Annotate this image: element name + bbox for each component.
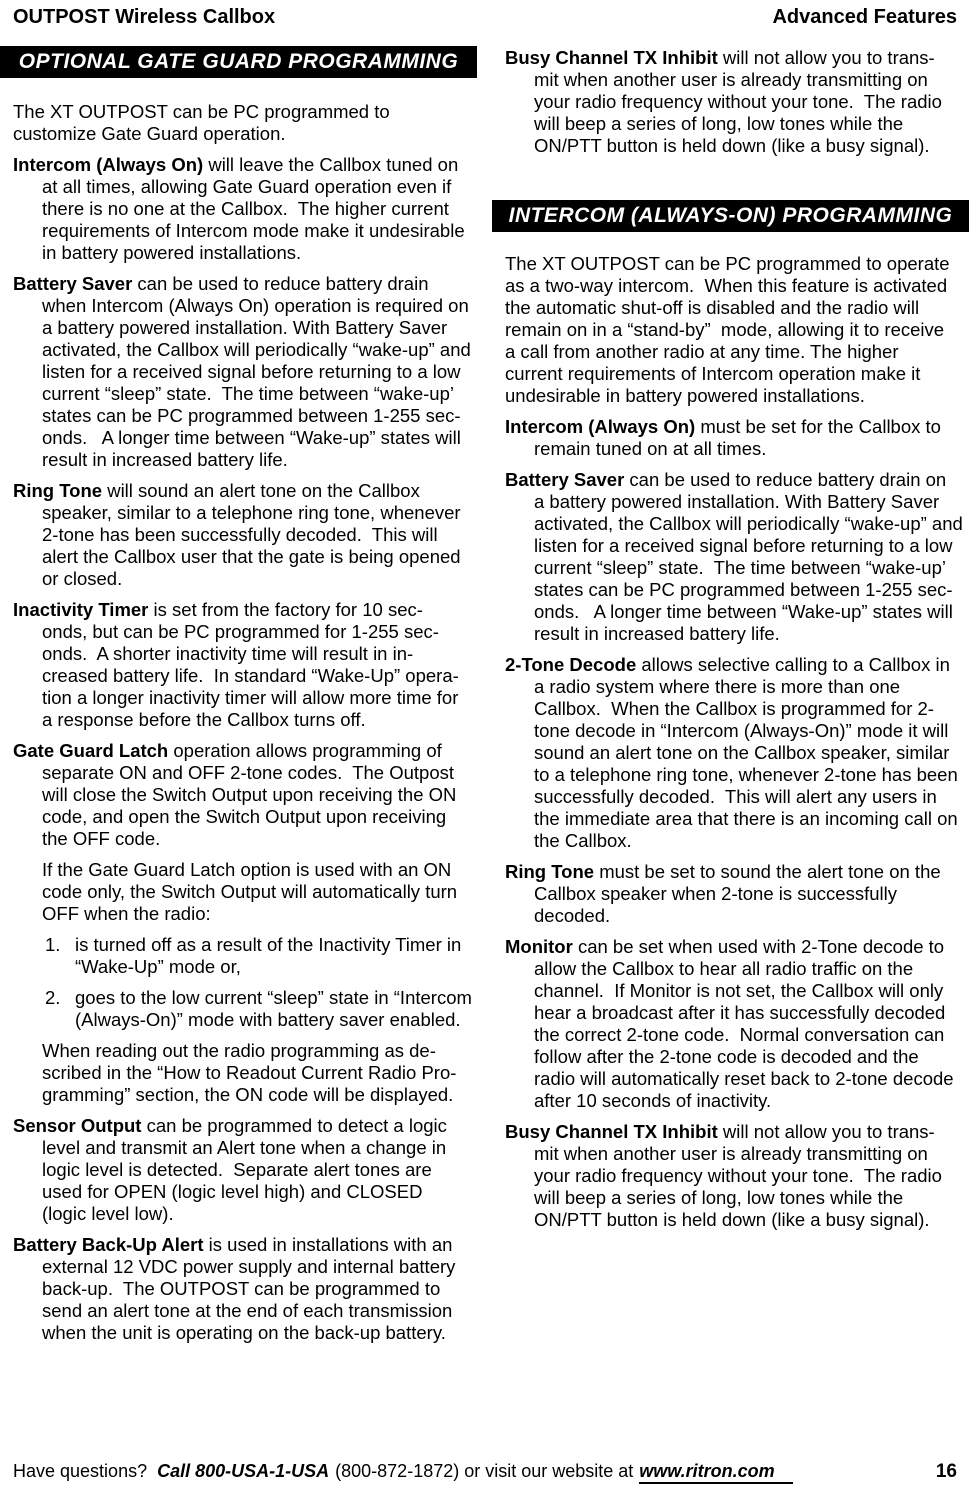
- list-item: 2.goes to the low current “sleep” state …: [13, 987, 477, 1031]
- feature-paragraph-sensor-output: Sensor Output can be programmed to detec…: [13, 1115, 477, 1225]
- footer-phone-vanity: Call 800-USA-1-USA: [157, 1461, 329, 1482]
- footer-phone-number: (800-872-1872) or visit our website at: [335, 1461, 633, 1482]
- feature-paragraph-gate-guard-latch: Gate Guard Latch operation allows progra…: [13, 740, 477, 850]
- footer-website-link: www.ritron.com: [639, 1461, 792, 1484]
- paragraph-text: When reading out the radio programming a…: [42, 1040, 456, 1105]
- feature-term: Ring Tone: [13, 480, 102, 501]
- feature-paragraph-monitor: Monitor can be set when used with 2-Tone…: [505, 936, 967, 1112]
- feature-paragraph-battery-saver: Battery Saver can be used to reduce batt…: [13, 273, 477, 471]
- feature-term: Intercom (Always On): [505, 416, 695, 437]
- footer-question: Have questions?: [13, 1461, 147, 1482]
- page-number: 16: [936, 1461, 957, 1483]
- feature-term: Monitor: [505, 936, 573, 957]
- feature-text: can be used to reduce battery drain on a…: [534, 469, 963, 644]
- section-name: Advanced Features: [772, 6, 957, 28]
- feature-term: Battery Back-Up Alert: [13, 1234, 204, 1255]
- list-text: goes to the low current “sleep” state in…: [75, 987, 472, 1030]
- feature-paragraph-2tone-decode: 2-Tone Decode allows selective calling t…: [505, 654, 967, 852]
- feature-term: Busy Channel TX Inhibit: [505, 47, 718, 68]
- feature-paragraph-battery-backup-alert: Battery Back-Up Alert is used in install…: [13, 1234, 477, 1344]
- feature-paragraph-inactivity-timer: Inactivity Timer is set from the factory…: [13, 599, 477, 731]
- feature-text: can be set when used with 2-Tone decode …: [534, 936, 954, 1111]
- feature-paragraph-intercom: Intercom (Always On) will leave the Call…: [13, 154, 477, 264]
- left-column: The XT OUTPOST can be PC programmed to c…: [13, 101, 477, 1353]
- feature-term: Battery Saver: [505, 469, 624, 490]
- feature-paragraph-ring-tone: Ring Tone must be set to sound the alert…: [505, 861, 967, 927]
- feature-paragraph-battery-saver: Battery Saver can be used to reduce batt…: [505, 469, 967, 645]
- feature-paragraph-busy-channel: Busy Channel TX Inhibit will not allow y…: [505, 47, 967, 157]
- section-heading-intercom: INTERCOM (ALWAYS-ON) PROGRAMMING: [492, 200, 969, 232]
- section-heading-gate-guard: OPTIONAL GATE GUARD PROGRAMMING: [0, 46, 477, 78]
- list-item: 1.is turned off as a result of the Inact…: [13, 934, 477, 978]
- feature-text: allows selective calling to a Callbox in…: [534, 654, 958, 851]
- intro-paragraph: The XT OUTPOST can be PC programmed to c…: [13, 101, 477, 145]
- right-column-top: Busy Channel TX Inhibit will not allow y…: [505, 47, 967, 166]
- feature-term: 2-Tone Decode: [505, 654, 636, 675]
- feature-term: Intercom (Always On): [13, 154, 203, 175]
- list-number: 2.: [45, 987, 60, 1009]
- paragraph-text: If the Gate Guard Latch option is used w…: [42, 859, 457, 924]
- feature-term: Gate Guard Latch: [13, 740, 168, 761]
- paragraph-latch-note: If the Gate Guard Latch option is used w…: [13, 859, 477, 925]
- page-footer: Have questions? Call 800-USA-1-USA (800-…: [13, 1461, 957, 1484]
- list-text: is turned off as a result of the Inactiv…: [75, 934, 461, 977]
- feature-term: Sensor Output: [13, 1115, 141, 1136]
- feature-term: Busy Channel TX Inhibit: [505, 1121, 718, 1142]
- feature-text: can be used to reduce battery drain when…: [42, 273, 471, 470]
- page-header: OUTPOST Wireless Callbox Advanced Featur…: [13, 6, 957, 28]
- feature-term: Inactivity Timer: [13, 599, 148, 620]
- feature-term: Ring Tone: [505, 861, 594, 882]
- right-column: The XT OUTPOST can be PC programmed to o…: [505, 253, 967, 1240]
- feature-paragraph-ring-tone: Ring Tone will sound an alert tone on th…: [13, 480, 477, 590]
- document-title: OUTPOST Wireless Callbox: [13, 6, 275, 28]
- intro-paragraph: The XT OUTPOST can be PC programmed to o…: [505, 253, 967, 407]
- feature-term: Battery Saver: [13, 273, 132, 294]
- feature-text: must be set to sound the alert tone on t…: [534, 861, 941, 926]
- list-number: 1.: [45, 934, 60, 956]
- paragraph-readout-note: When reading out the radio programming a…: [13, 1040, 477, 1106]
- feature-paragraph-busy-channel: Busy Channel TX Inhibit will not allow y…: [505, 1121, 967, 1231]
- feature-text: will sound an alert tone on the Callbox …: [42, 480, 461, 589]
- feature-paragraph-intercom-always-on: Intercom (Always On) must be set for the…: [505, 416, 967, 460]
